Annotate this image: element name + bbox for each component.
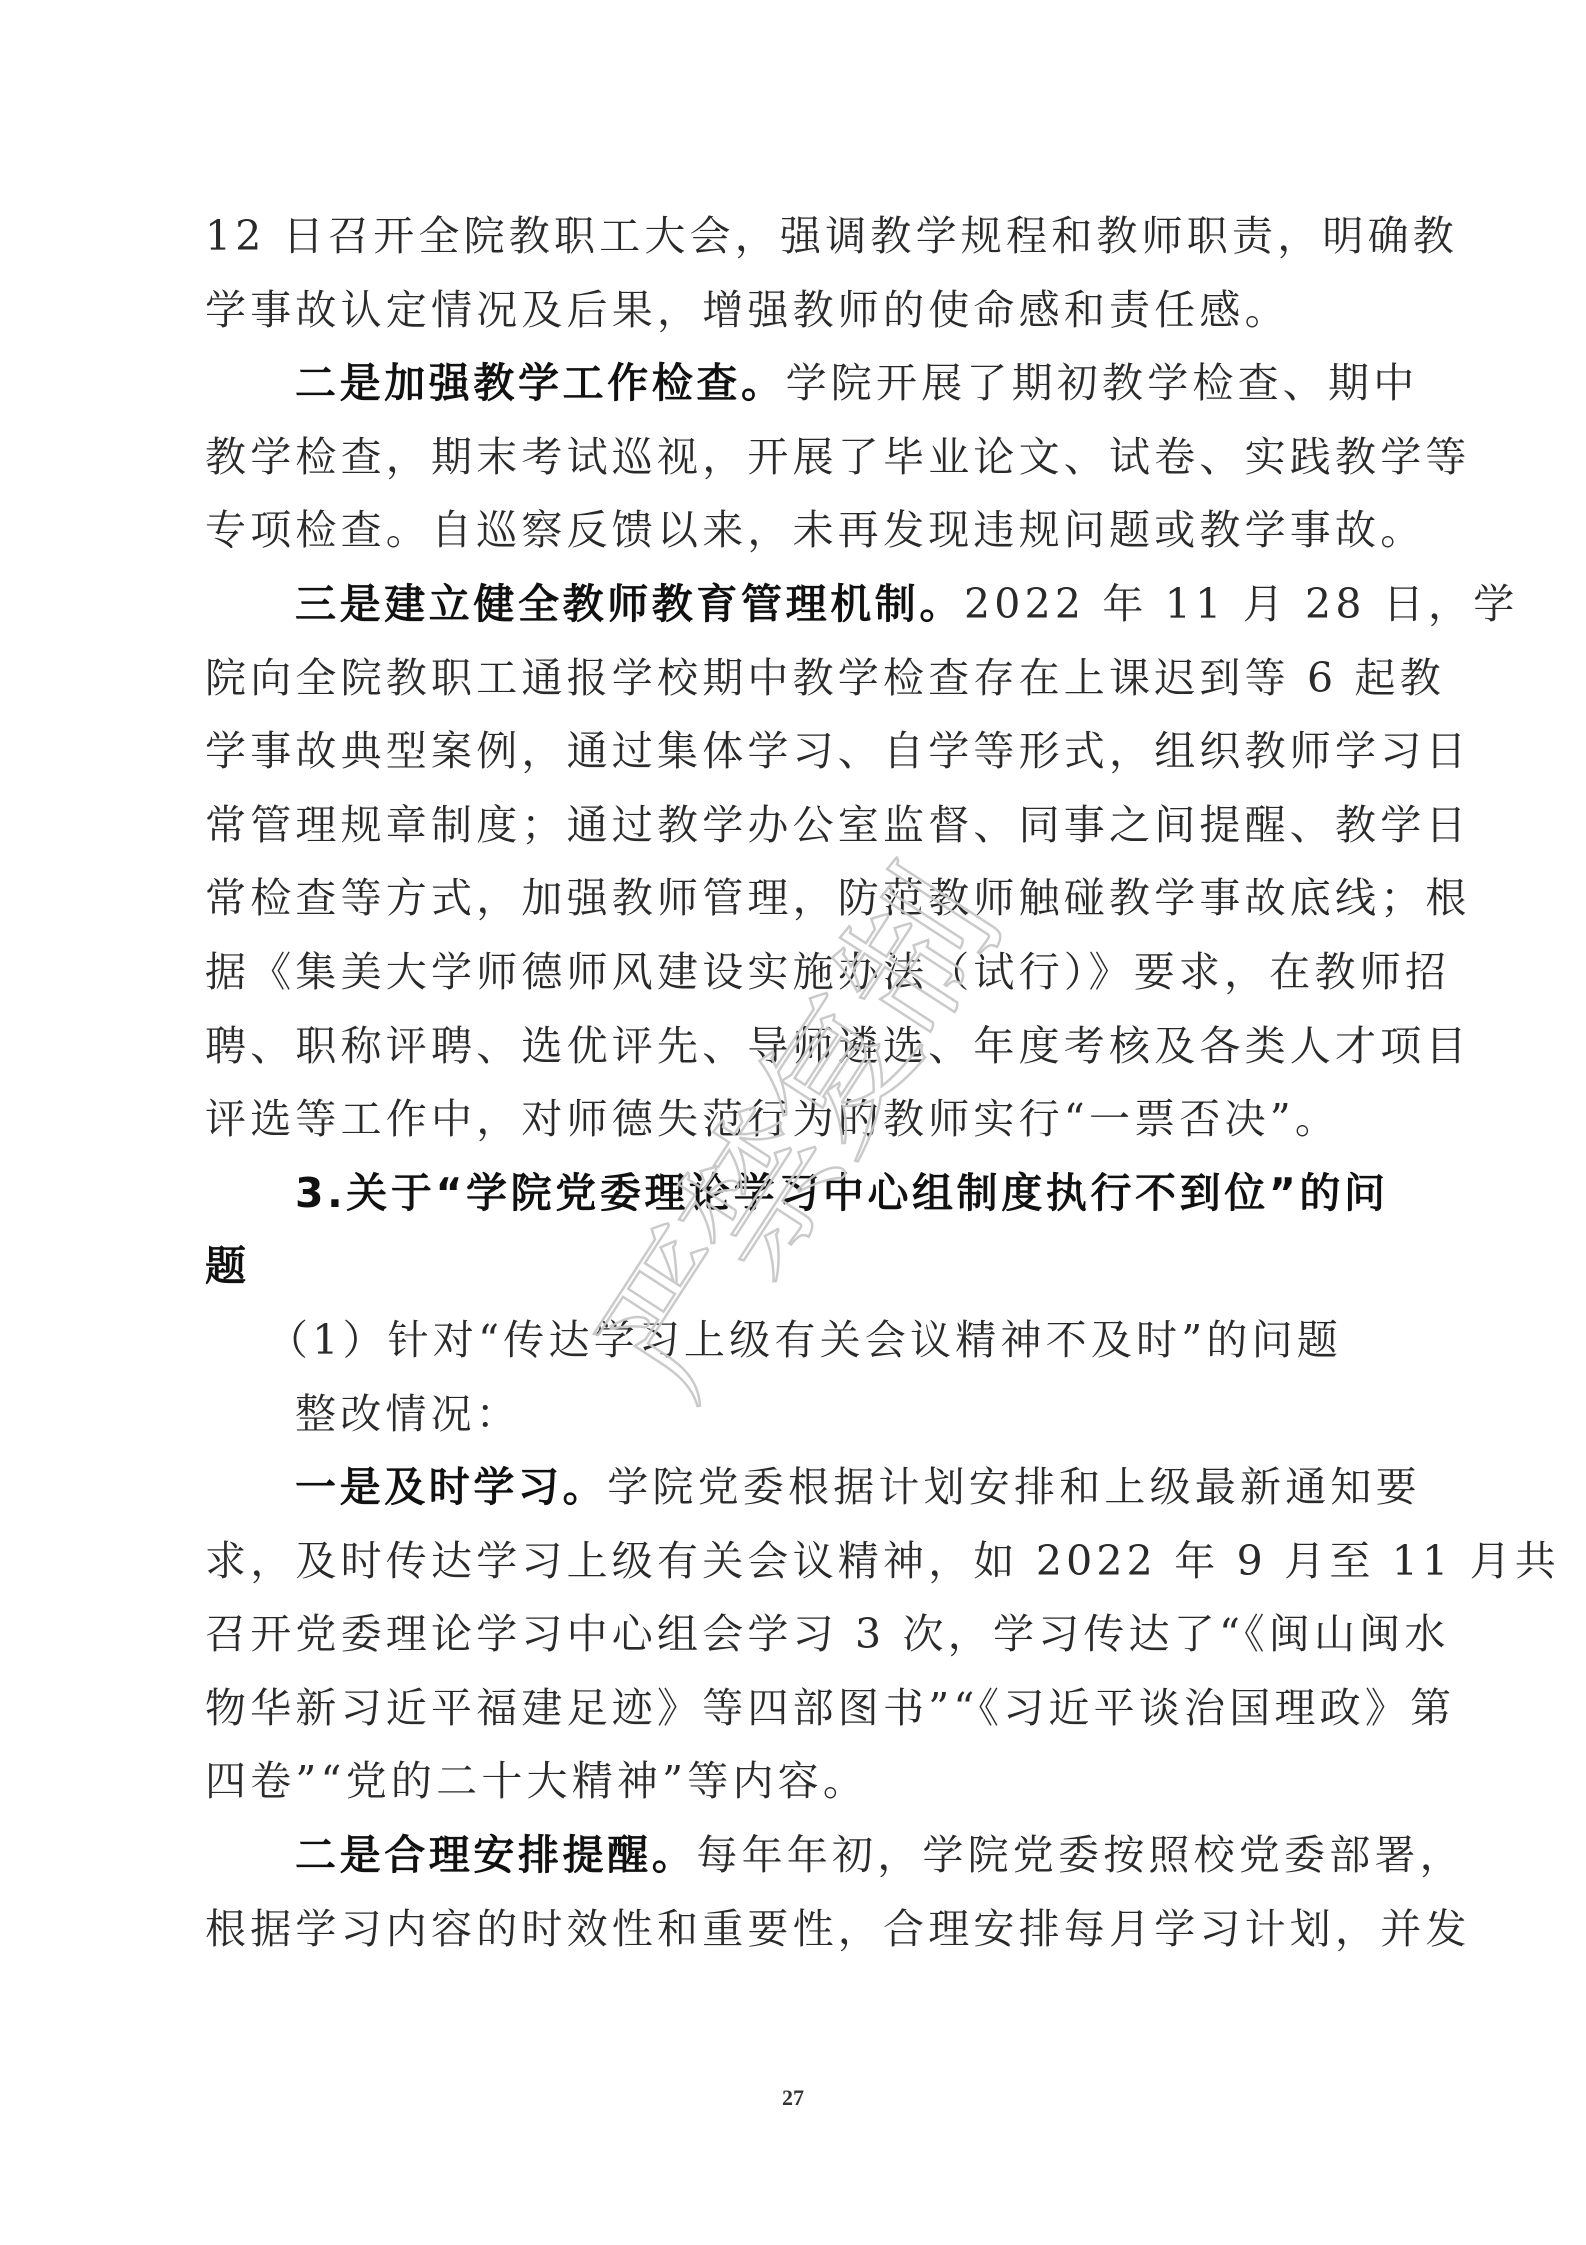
body-text: 学院开展了期初教学检查、期中: [786, 359, 1419, 407]
section-heading: 3.关于“学院党委理论学习中心组制度执行不到位”的问: [205, 1157, 1377, 1231]
paragraph-line: 四卷”“党的二十大精神”等内容。: [205, 1745, 1377, 1819]
body-text: 教学检查，期末考试巡视，开展了毕业论文、试卷、实践教学等: [205, 433, 1471, 481]
paragraph-line: 物华新习近平福建足迹》等四部图书”“《习近平谈治国理政》第: [205, 1672, 1377, 1746]
paragraph-line: 教学检查，期末考试巡视，开展了毕业论文、试卷、实践教学等: [205, 421, 1377, 495]
body-text: 求，及时传达学习上级有关会议精神，如 2022 年 9 月至 11 月共: [205, 1537, 1560, 1585]
paragraph-line: 据《集美大学师德师风建设实施办法（试行）》要求，在教师招: [205, 936, 1377, 1010]
section-heading-text: 题: [205, 1242, 250, 1290]
body-text: 院向全院教职工通报学校期中教学检查存在上课迟到等 6 起教: [205, 654, 1445, 702]
body-text: 四卷”“党的二十大精神”等内容。: [205, 1757, 868, 1805]
paragraph-line: 12 日召开全院教职工大会，强调教学规程和教师职责，明确教: [205, 200, 1377, 274]
paragraph-line: 根据学习内容的时效性和重要性，合理安排每月学习计划，并发: [205, 1893, 1377, 1967]
paragraph-line: 学事故认定情况及后果，增强教师的使命感和责任感。: [205, 274, 1377, 348]
paragraph-line: 专项检查。自巡察反馈以来，未再发现违规问题或教学事故。: [205, 494, 1377, 568]
bold-lead-text: 三是建立健全教师教育管理机制。: [295, 580, 964, 628]
body-text: 专项检查。自巡察反馈以来，未再发现违规问题或教学事故。: [205, 506, 1425, 554]
paragraph-line: 求，及时传达学习上级有关会议精神，如 2022 年 9 月至 11 月共: [205, 1525, 1377, 1599]
paragraph-line: 二是合理安排提醒。每年年初，学院党委按照校党委部署，: [205, 1819, 1377, 1893]
body-text: 聘、职称评聘、选优评先、导师遴选、年度考核及各类人才项目: [205, 1022, 1471, 1070]
section-heading-continued: 题: [205, 1230, 1377, 1304]
subsection-heading-text: （1）针对“传达学习上级有关会议精神不及时”的问题: [267, 1316, 1342, 1364]
bold-lead-text: 一是及时学习。: [295, 1463, 607, 1511]
bold-lead-text: 二是加强教学工作检查。: [295, 359, 786, 407]
body-text: 根据学习内容的时效性和重要性，合理安排每月学习计划，并发: [205, 1905, 1471, 1953]
body-text: 物华新习近平福建足迹》等四部图书”“《习近平谈治国理政》第: [205, 1684, 1455, 1732]
body-text: 常管理规章制度；通过教学办公室监督、同事之间提醒、教学日: [205, 801, 1471, 849]
body-text: 整改情况：: [295, 1390, 521, 1438]
paragraph-line: 学事故典型案例，通过集体学习、自学等形式，组织教师学习日: [205, 715, 1377, 789]
section-heading-text: 3.关于“学院党委理论学习中心组制度执行不到位”的问: [295, 1169, 1389, 1217]
paragraph-line: 常管理规章制度；通过教学办公室监督、同事之间提醒、教学日: [205, 789, 1377, 863]
subsection-heading: （1）针对“传达学习上级有关会议精神不及时”的问题: [205, 1304, 1377, 1378]
body-text: 12 日召开全院教职工大会，强调教学规程和教师职责，明确教: [205, 212, 1458, 260]
paragraph-line: 三是建立健全教师教育管理机制。2022 年 11 月 28 日，学: [205, 568, 1377, 642]
body-text: 学事故认定情况及后果，增强教师的使命感和责任感。: [205, 286, 1290, 334]
document-body: 12 日召开全院教职工大会，强调教学规程和教师职责，明确教 学事故认定情况及后果…: [205, 200, 1377, 1966]
paragraph-line: 评选等工作中，对师德失范行为的教师实行“一票否决”。: [205, 1083, 1377, 1157]
document-page: 12 日召开全院教职工大会，强调教学规程和教师职责，明确教 学事故认定情况及后果…: [0, 0, 1586, 2245]
bold-lead-text: 二是合理安排提醒。: [295, 1831, 696, 1879]
body-text: 召开党委理论学习中心组会学习 3 次，学习传达了“《闽山闽水: [205, 1610, 1450, 1658]
body-text: 学院党委根据计划安排和上级最新通知要: [607, 1463, 1421, 1511]
body-text: 学事故典型案例，通过集体学习、自学等形式，组织教师学习日: [205, 727, 1471, 775]
body-text: 据《集美大学师德师风建设实施办法（试行）》要求，在教师招: [205, 948, 1450, 996]
body-text: 2022 年 11 月 28 日，学: [964, 580, 1518, 628]
paragraph-line: 常检查等方式，加强教师管理，防范教师触碰教学事故底线；根: [205, 862, 1377, 936]
paragraph-line: 聘、职称评聘、选优评先、导师遴选、年度考核及各类人才项目: [205, 1010, 1377, 1084]
paragraph-line: 二是加强教学工作检查。学院开展了期初教学检查、期中: [205, 347, 1377, 421]
page-number: 27: [0, 2085, 1586, 2111]
paragraph-line: 召开党委理论学习中心组会学习 3 次，学习传达了“《闽山闽水: [205, 1598, 1377, 1672]
paragraph-line: 一是及时学习。学院党委根据计划安排和上级最新通知要: [205, 1451, 1377, 1525]
body-text: 每年年初，学院党委按照校党委部署，: [696, 1831, 1464, 1879]
paragraph-line: 院向全院教职工通报学校期中教学检查存在上课迟到等 6 起教: [205, 642, 1377, 716]
paragraph-line: 整改情况：: [205, 1378, 1377, 1452]
body-text: 常检查等方式，加强教师管理，防范教师触碰教学事故底线；根: [205, 874, 1471, 922]
body-text: 评选等工作中，对师德失范行为的教师实行“一票否决”。: [205, 1095, 1340, 1143]
